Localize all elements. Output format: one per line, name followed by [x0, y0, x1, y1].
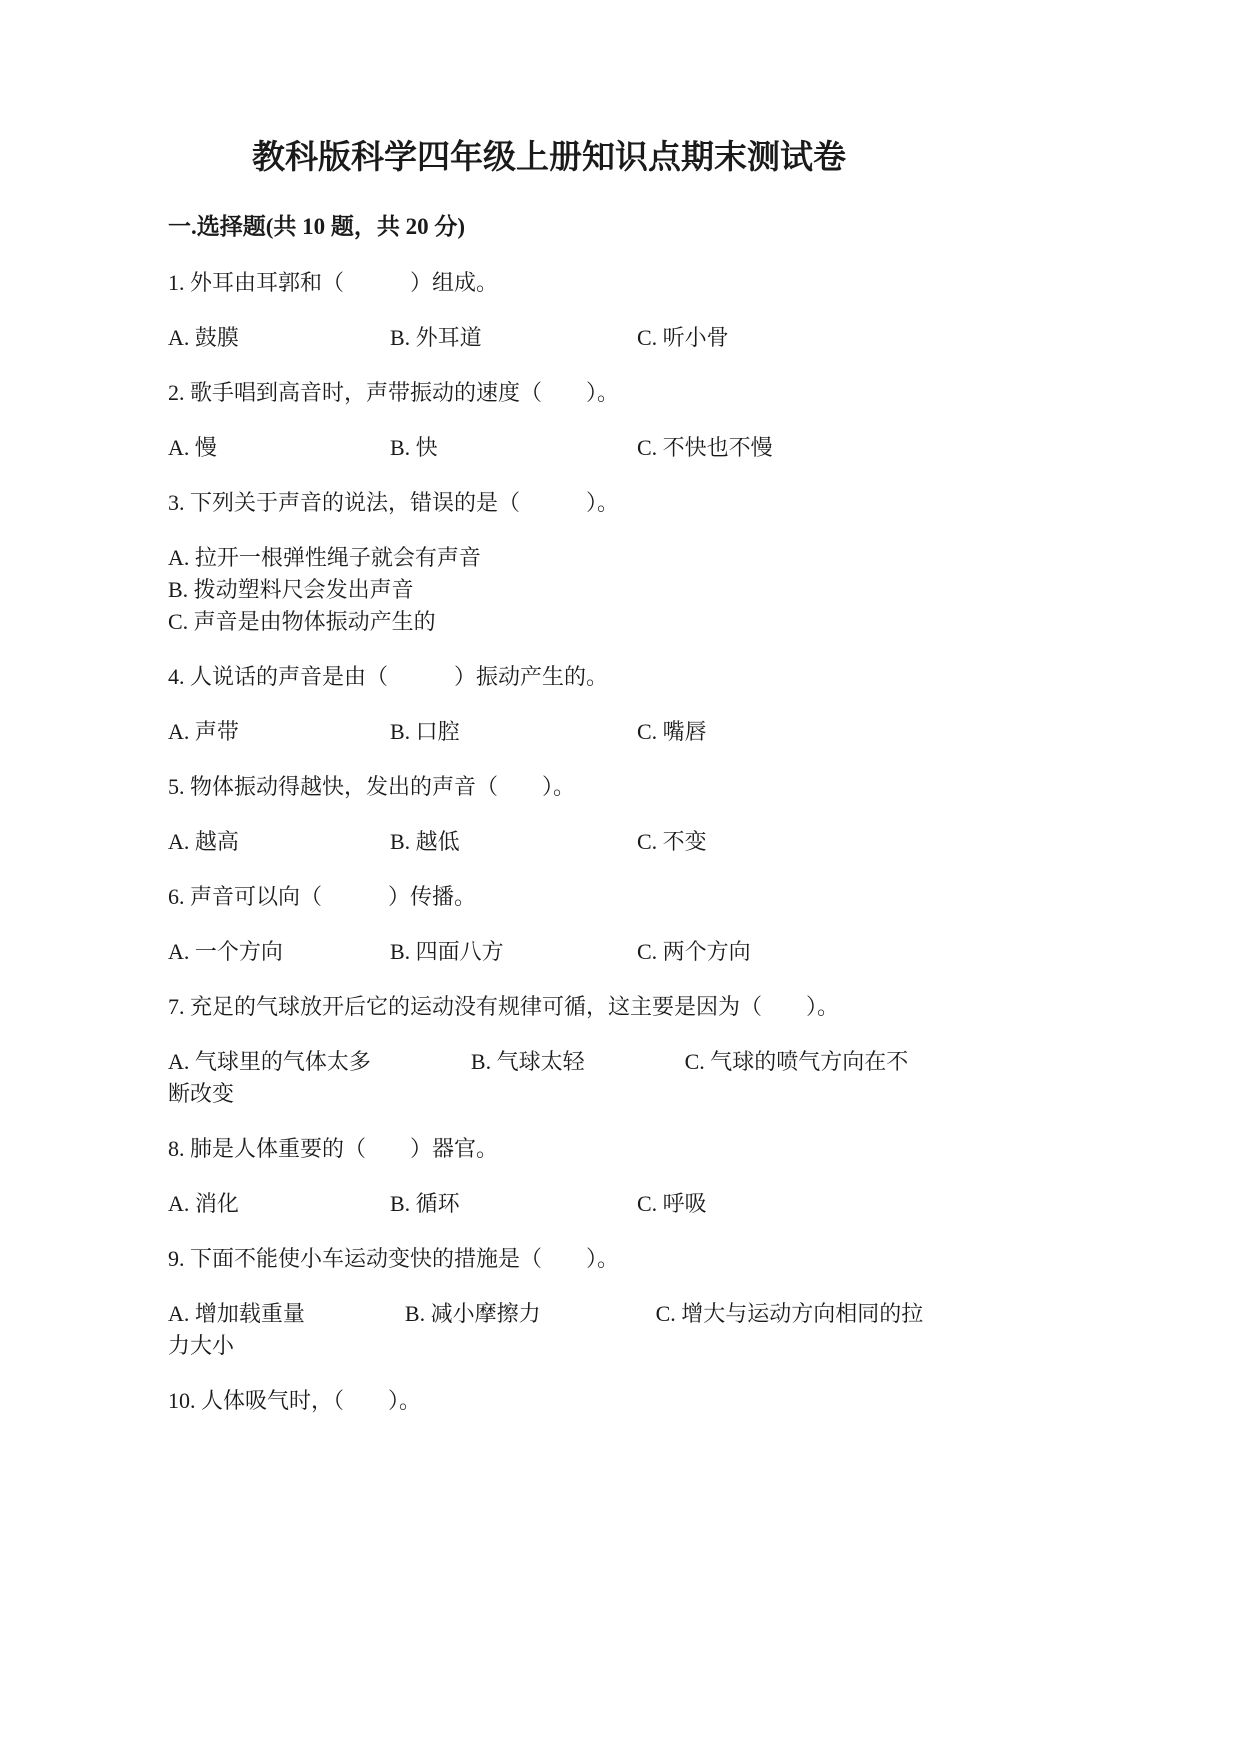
question: 9. 下面不能使小车运动变快的措施是（ ）。 A. 增加载重量B. 减小摩擦力C… — [168, 1243, 930, 1362]
option-a: A. 增加载重量 — [168, 1301, 305, 1326]
option-b: B. 外耳道 — [390, 322, 637, 354]
question-options: A. 一个方向B. 四面八方C. 两个方向 — [168, 936, 930, 968]
option-a: A. 声带 — [168, 716, 390, 748]
question-stem: 10. 人体吸气时，（ ）。 — [168, 1385, 930, 1417]
question-stem: 9. 下面不能使小车运动变快的措施是（ ）。 — [168, 1243, 930, 1275]
option-b: B. 减小摩擦力 — [405, 1301, 541, 1326]
question-options: A. 慢B. 快C. 不快也不慢 — [168, 432, 930, 464]
option-c: C. 不变 — [637, 829, 707, 854]
option-gap — [541, 1320, 656, 1321]
question-options: C. 声音是由物体振动产生的 — [168, 606, 930, 638]
question: 1. 外耳由耳郭和（ ）组成。 A. 鼓膜B. 外耳道C. 听小骨 — [168, 267, 930, 354]
question-options: A. 消化B. 循环C. 呼吸 — [168, 1188, 930, 1220]
question: 4. 人说话的声音是由（ ）振动产生的。 A. 声带B. 口腔C. 嘴唇 — [168, 661, 930, 748]
question-options: A. 增加载重量B. 减小摩擦力C. 增大与运动方向相同的拉力大小 — [168, 1298, 930, 1362]
question: 10. 人体吸气时，（ ）。 — [168, 1385, 930, 1417]
question-stem: 8. 肺是人体重要的（ ）器官。 — [168, 1133, 930, 1165]
question-options: A. 声带B. 口腔C. 嘴唇 — [168, 716, 930, 748]
option-a: A. 一个方向 — [168, 936, 390, 968]
option-b: B. 气球太轻 — [471, 1049, 585, 1074]
page-title: 教科版科学四年级上册知识点期末测试卷 — [168, 135, 930, 181]
question: 6. 声音可以向（ ）传播。 A. 一个方向B. 四面八方C. 两个方向 — [168, 881, 930, 968]
option-b: B. 口腔 — [390, 716, 637, 748]
option-a: A. 越高 — [168, 826, 390, 858]
question-options: A. 越高B. 越低C. 不变 — [168, 826, 930, 858]
option-c: C. 听小骨 — [637, 325, 729, 350]
question-stem: 5. 物体振动得越快，发出的声音（ ）。 — [168, 771, 930, 803]
option-b: B. 拨动塑料尺会发出声音 — [168, 577, 414, 602]
question: 7. 充足的气球放开后它的运动没有规律可循，这主要是因为（ ）。 A. 气球里的… — [168, 991, 930, 1110]
question: 3. 下列关于声音的说法，错误的是（ ）。 A. 拉开一根弹性绳子就会有声音B.… — [168, 487, 930, 638]
question-options: A. 气球里的气体太多B. 气球太轻C. 气球的喷气方向在不断改变 — [168, 1046, 930, 1110]
question: 2. 歌手唱到高音时，声带振动的速度（ ）。 A. 慢B. 快C. 不快也不慢 — [168, 377, 930, 464]
section-heading: 一.选择题(共 10 题，共 20 分) — [168, 211, 930, 243]
option-gap — [305, 1320, 405, 1321]
option-gap — [371, 1068, 471, 1069]
question-options: A. 拉开一根弹性绳子就会有声音B. 拨动塑料尺会发出声音 — [168, 542, 930, 606]
option-b: B. 越低 — [390, 826, 637, 858]
question-options: A. 鼓膜B. 外耳道C. 听小骨 — [168, 322, 930, 354]
question: 8. 肺是人体重要的（ ）器官。 A. 消化B. 循环C. 呼吸 — [168, 1133, 930, 1220]
option-gap — [585, 1068, 685, 1069]
option-c: C. 不快也不慢 — [637, 435, 773, 460]
option-a: A. 慢 — [168, 432, 390, 464]
option-a: A. 气球里的气体太多 — [168, 1049, 371, 1074]
option-a: A. 拉开一根弹性绳子就会有声音 — [168, 542, 738, 574]
option-b: B. 四面八方 — [390, 936, 637, 968]
question-stem: 6. 声音可以向（ ）传播。 — [168, 881, 930, 913]
option-a: A. 鼓膜 — [168, 322, 390, 354]
question: 5. 物体振动得越快，发出的声音（ ）。 A. 越高B. 越低C. 不变 — [168, 771, 930, 858]
option-b: B. 循环 — [390, 1188, 637, 1220]
question-stem: 1. 外耳由耳郭和（ ）组成。 — [168, 267, 930, 299]
option-c: C. 声音是由物体振动产生的 — [168, 609, 436, 634]
option-c: C. 两个方向 — [637, 939, 751, 964]
option-b: B. 快 — [390, 432, 637, 464]
question-stem: 4. 人说话的声音是由（ ）振动产生的。 — [168, 661, 930, 693]
option-a: A. 消化 — [168, 1188, 390, 1220]
exam-paper-page: 教科版科学四年级上册知识点期末测试卷 一.选择题(共 10 题，共 20 分) … — [0, 0, 1241, 1755]
option-c: C. 呼吸 — [637, 1191, 707, 1216]
option-c: C. 嘴唇 — [637, 719, 707, 744]
question-stem: 7. 充足的气球放开后它的运动没有规律可循，这主要是因为（ ）。 — [168, 991, 930, 1023]
question-stem: 2. 歌手唱到高音时，声带振动的速度（ ）。 — [168, 377, 930, 409]
question-stem: 3. 下列关于声音的说法，错误的是（ ）。 — [168, 487, 930, 519]
